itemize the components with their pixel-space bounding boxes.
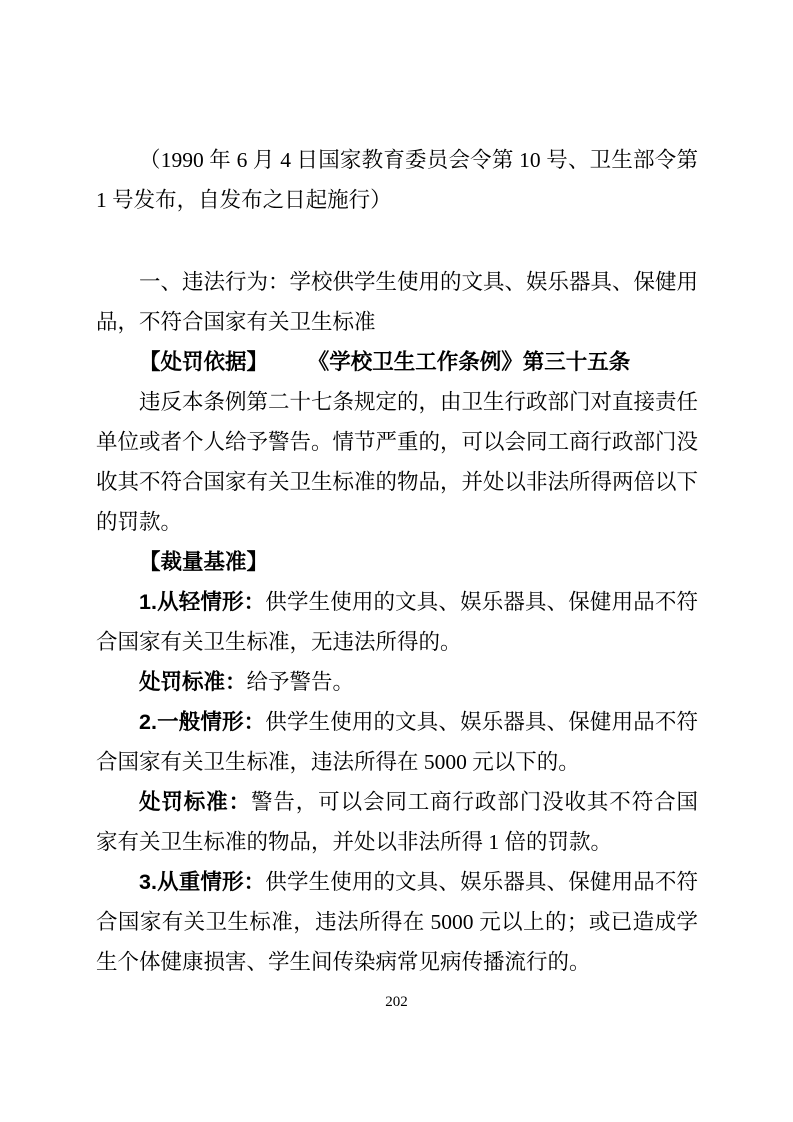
- clause-general-penalty-label: 处罚标准：: [139, 790, 251, 814]
- clause-severe-label: 3.从重情形：: [139, 870, 265, 894]
- document-page: （1990 年 6 月 4 日国家教育委员会令第 10 号、卫生部令第 1 号发…: [0, 0, 793, 1122]
- penalty-basis-label: 【处罚依据】: [139, 350, 268, 374]
- promulgation-note-text: （1990 年 6 月 4 日国家教育委员会令第 10 号、卫生部令第 1 号发…: [96, 148, 698, 212]
- clause-general-penalty: 处罚标准：警告，可以会同工商行政部门没收其不符合国家有关卫生标准的物品，并处以非…: [96, 782, 698, 862]
- clause-lenient-label: 1.从轻情形：: [139, 590, 265, 614]
- basis-text-paragraph: 违反本条例第二十七条规定的，由卫生行政部门对直接责任单位或者个人给予警告。情节严…: [96, 382, 698, 542]
- clause-general-label: 2.一般情形：: [139, 710, 265, 734]
- document-body: （1990 年 6 月 4 日国家教育委员会令第 10 号、卫生部令第 1 号发…: [96, 140, 698, 982]
- basis-text: 违反本条例第二十七条规定的，由卫生行政部门对直接责任单位或者个人给予警告。情节严…: [96, 390, 698, 534]
- penalty-basis-reference: 《学校卫生工作条例》第三十五条: [308, 350, 631, 374]
- promulgation-note: （1990 年 6 月 4 日国家教育委员会令第 10 号、卫生部令第 1 号发…: [96, 140, 698, 220]
- discretion-heading-text: 【裁量基准】: [139, 550, 268, 574]
- clause-lenient-penalty-label: 处罚标准：: [139, 670, 247, 694]
- violation-heading: 一、违法行为：学校供学生使用的文具、娱乐器具、保健用品，不符合国家有关卫生标准: [96, 262, 698, 342]
- clause-lenient-penalty: 处罚标准：给予警告。: [96, 662, 698, 702]
- clause-lenient: 1.从轻情形：供学生使用的文具、娱乐器具、保健用品不符合国家有关卫生标准，无违法…: [96, 582, 698, 662]
- clause-lenient-penalty-text: 给予警告。: [247, 670, 355, 694]
- violation-heading-text: 一、违法行为：学校供学生使用的文具、娱乐器具、保健用品，不符合国家有关卫生标准: [96, 270, 698, 334]
- clause-severe: 3.从重情形：供学生使用的文具、娱乐器具、保健用品不符合国家有关卫生标准，违法所…: [96, 862, 698, 982]
- discretion-heading: 【裁量基准】: [96, 542, 698, 582]
- page-number: 202: [0, 992, 793, 1012]
- penalty-basis-line: 【处罚依据】 《学校卫生工作条例》第三十五条: [96, 342, 698, 382]
- clause-general: 2.一般情形：供学生使用的文具、娱乐器具、保健用品不符合国家有关卫生标准，违法所…: [96, 702, 698, 782]
